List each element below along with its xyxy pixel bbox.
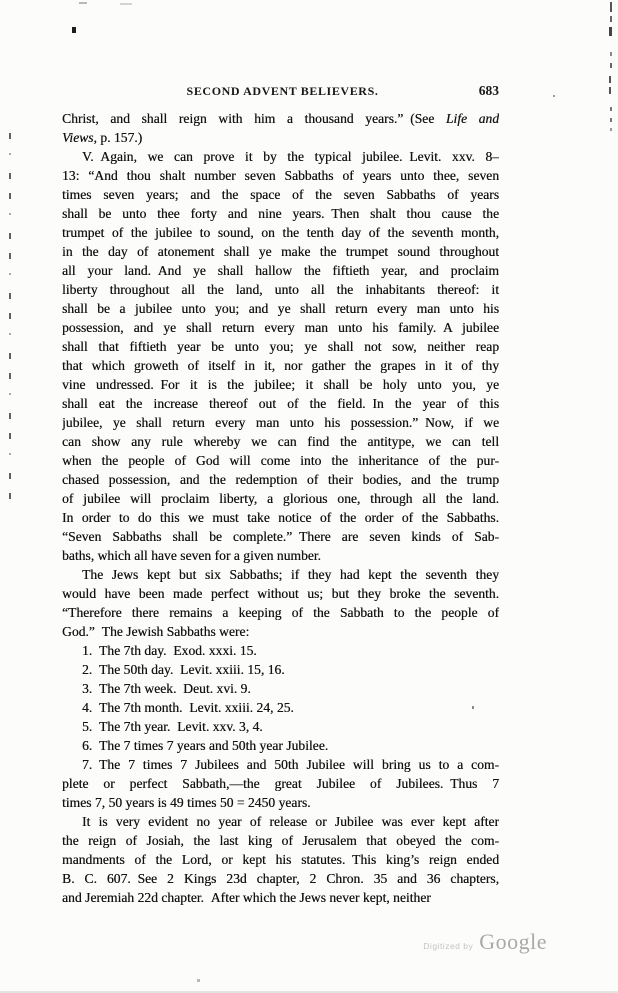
text-line: Christ, and shall reign with him a thous… <box>62 109 499 128</box>
scan-speck <box>9 413 11 419</box>
text-line: mandments of the Lord, or kept his statu… <box>62 850 499 869</box>
text-column: SECOND ADVENT BELIEVERS. 683 Christ, and… <box>62 84 499 907</box>
body-text: Christ, and shall reign with him a thous… <box>62 109 499 907</box>
text-line: plete or perfect Sabbath,—the great Jubi… <box>62 774 499 793</box>
text-line: baths, which all have seven for a given … <box>62 546 499 565</box>
scan-speck <box>120 3 132 5</box>
paragraph: 3. The 7th week. Deut. xvi. 9. <box>62 679 499 698</box>
paragraph: Christ, and shall reign with him a thous… <box>62 109 499 147</box>
scan-speck <box>610 16 612 22</box>
text-line: would have been made perfect without us;… <box>62 584 499 603</box>
scan-speck <box>72 27 76 33</box>
text-line: jubilee, ye shall return every man unto … <box>62 413 499 432</box>
book-page: SECOND ADVENT BELIEVERS. 683 Christ, and… <box>0 0 618 993</box>
scan-speck <box>472 706 474 709</box>
google-logo: Google <box>479 929 547 955</box>
paragraph: The Jews kept but six Sabbaths; if they … <box>62 565 499 641</box>
text-line: when the people of God will come into th… <box>62 451 499 470</box>
text-line: “Therefore there remains a keeping of th… <box>62 603 499 622</box>
text-line: that which groweth of itself in it, nor … <box>62 356 499 375</box>
text-line: the reign of Josiah, the last king of Je… <box>62 831 499 850</box>
scan-speck <box>9 493 11 499</box>
scan-speck <box>9 293 11 299</box>
text-line: and Jeremiah 22d chapter. After which th… <box>62 888 499 907</box>
page-number: 683 <box>479 83 499 99</box>
digitized-by-label: Digitized by <box>423 941 473 951</box>
text-line: liberty throughout all the land, unto al… <box>62 280 499 299</box>
paragraph: V. Again, we can prove it by the typical… <box>62 147 499 565</box>
scan-speck <box>610 118 612 122</box>
text-line: 3. The 7th week. Deut. xvi. 9. <box>62 679 499 698</box>
text-line: 6. The 7 times 7 years and 50th year Jub… <box>62 736 499 755</box>
page-header: SECOND ADVENT BELIEVERS. 683 <box>62 84 499 100</box>
scan-speck <box>610 107 612 111</box>
paragraph: 6. The 7 times 7 years and 50th year Jub… <box>62 736 499 755</box>
scan-speck <box>9 353 11 359</box>
text-line: The Jews kept but six Sabbaths; if they … <box>62 565 499 584</box>
scan-speck <box>9 393 11 395</box>
text-line: shall be a jubilee unto you; and ye shal… <box>62 299 499 318</box>
paragraph: 5. The 7th year. Levit. xxv. 3, 4. <box>62 717 499 736</box>
text-line: 4. The 7th month. Levit. xxiii. 24, 25. <box>62 698 499 717</box>
scan-speck <box>197 979 200 982</box>
paragraph: It is very evident no year of release or… <box>62 812 499 907</box>
text-line: 7. The 7 times 7 Jubilees and 50th Jubil… <box>62 755 499 774</box>
text-line: shall that fiftieth year be unto you; ye… <box>62 337 499 356</box>
text-line: all your land. And ye shall hallow the f… <box>62 261 499 280</box>
scan-speck <box>609 76 611 83</box>
text-line: times seven years; and the space of the … <box>62 185 499 204</box>
paragraph: 4. The 7th month. Levit. xxiii. 24, 25. <box>62 698 499 717</box>
google-watermark: Digitized by Google <box>423 929 547 955</box>
scan-speck <box>9 333 11 335</box>
scan-speck <box>9 453 11 455</box>
text-line: Views, p. 157.) <box>62 128 499 147</box>
text-line: vine undressed. For it is the jubilee; i… <box>62 375 499 394</box>
scan-speck <box>9 233 11 239</box>
scan-speck <box>9 253 11 259</box>
scan-speck <box>610 63 612 68</box>
text-line: 2. The 50th day. Levit. xxiii. 15, 16. <box>62 660 499 679</box>
scan-speck <box>553 95 555 97</box>
text-line: V. Again, we can prove it by the typical… <box>62 147 499 166</box>
text-line: 13: “And thou shalt number seven Sabbath… <box>62 166 499 185</box>
text-line: It is very evident no year of release or… <box>62 812 499 831</box>
paragraph: 7. The 7 times 7 Jubilees and 50th Jubil… <box>62 755 499 812</box>
scan-speck <box>9 373 11 379</box>
text-line: shall be unto thee forty and nine years.… <box>62 204 499 223</box>
paragraph: 2. The 50th day. Levit. xxiii. 15, 16. <box>62 660 499 679</box>
scan-speck <box>79 2 87 4</box>
scan-speck <box>610 128 612 131</box>
text-line: 1. The 7th day. Exod. xxxi. 15. <box>62 641 499 660</box>
text-line: “Seven Sabbaths shall be complete.” Ther… <box>62 527 499 546</box>
scan-speck <box>9 313 11 319</box>
text-line: chased possession, and the redemption of… <box>62 470 499 489</box>
scan-speck <box>9 473 11 479</box>
text-line: times 7, 50 years is 49 times 50 = 2450 … <box>62 793 499 812</box>
text-line: trumpet of the jubilee to sound, on the … <box>62 223 499 242</box>
scan-speck <box>9 193 11 199</box>
text-line: B. C. 607. See 2 Kings 23d chapter, 2 Ch… <box>62 869 499 888</box>
scan-speck <box>609 87 611 94</box>
scan-speck <box>9 213 11 215</box>
scan-speck <box>610 2 612 12</box>
text-line: God.” The Jewish Sabbaths were: <box>62 622 499 641</box>
text-line: possession, and ye shall return every ma… <box>62 318 499 337</box>
scan-speck <box>610 52 612 56</box>
text-line: 5. The 7th year. Levit. xxv. 3, 4. <box>62 717 499 736</box>
scan-speck <box>9 173 11 179</box>
text-line: shall eat the increase thereof out of th… <box>62 394 499 413</box>
text-line: In order to do this we must take notice … <box>62 508 499 527</box>
paragraph: 1. The 7th day. Exod. xxxi. 15. <box>62 641 499 660</box>
text-line: of jubilee will proclaim liberty, a glor… <box>62 489 499 508</box>
scan-speck <box>9 133 11 139</box>
text-line: in the day of atonement shall ye make th… <box>62 242 499 261</box>
text-line: can show any rule whereby we can find th… <box>62 432 499 451</box>
scan-speck <box>9 153 11 155</box>
running-title: SECOND ADVENT BELIEVERS. <box>64 84 501 99</box>
scan-speck <box>9 273 11 275</box>
scan-speck <box>609 27 612 36</box>
scan-speck <box>9 433 11 439</box>
